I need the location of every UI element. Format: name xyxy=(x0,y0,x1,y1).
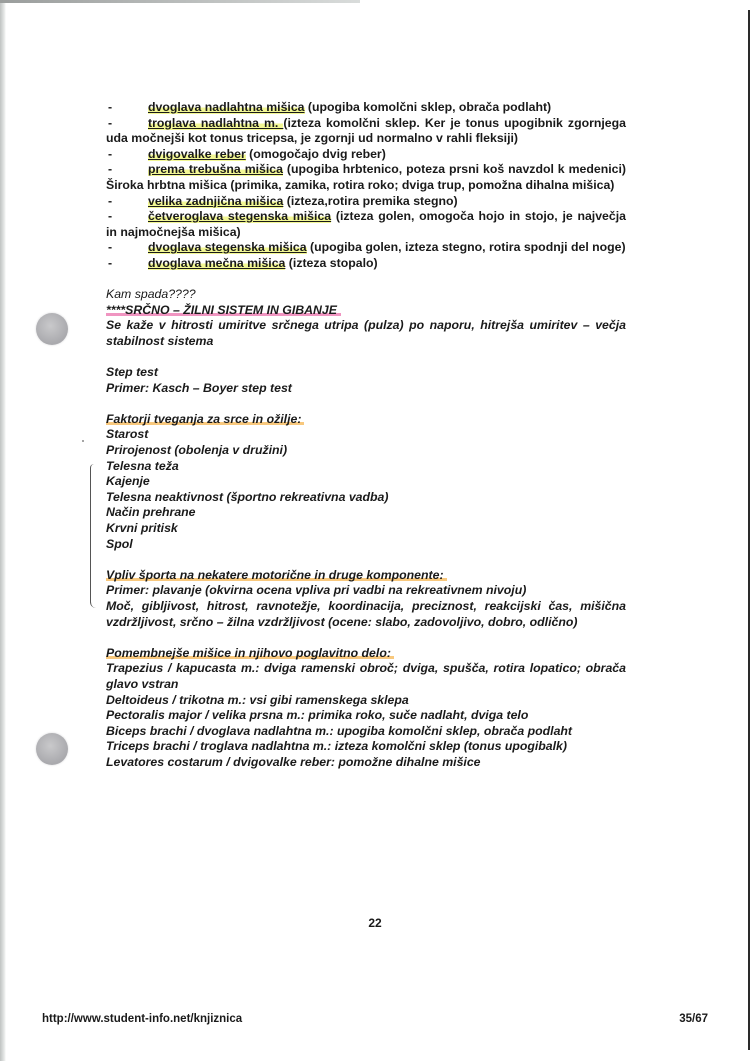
list-item: Starost xyxy=(106,427,626,443)
footer-url-link[interactable]: http://www.student-info.net/knjiznica xyxy=(42,1013,242,1025)
section-heading: Pomembnejše mišice in njihovo poglavitno… xyxy=(106,646,626,662)
bullet-dash: - xyxy=(106,194,148,210)
bullet-dash: - xyxy=(106,100,148,116)
margin-mark xyxy=(82,440,84,442)
handwritten-margin-bracket xyxy=(90,464,97,608)
list-item: -dvoglava mečna mišica (izteza stopalo) xyxy=(106,256,626,272)
muscle-term: velika zadnjična mišica xyxy=(148,194,283,208)
sport-example: Primer: plavanje (okvirna ocena vpliva p… xyxy=(106,583,626,599)
footer-page-counter: 35/67 xyxy=(679,1013,708,1025)
question-text: Kam spada???? xyxy=(106,287,626,303)
section-heading: Faktorji tveganja za srce in ožilje: xyxy=(106,412,626,428)
list-item: Biceps brachi / dvoglava nadlahtna m.: u… xyxy=(106,724,626,740)
muscle-desc: (upogiba komolčni sklep, obrača podlaht) xyxy=(305,100,552,114)
sport-influence-heading: Vpliv športa na nekatere motorične in dr… xyxy=(106,568,447,582)
muscle-term: prema trebušna mišica xyxy=(148,162,283,176)
list-item: Kajenje xyxy=(106,474,626,490)
important-muscles-heading: Pomembnejše mišice in njihovo poglavitno… xyxy=(106,646,394,660)
bullet-dash: - xyxy=(106,116,148,132)
risk-factors-heading: Faktorji tveganja za srce in ožilje: xyxy=(106,412,304,426)
cardio-heading: ****SRČNO – ŽILNI SISTEM IN GIBANJE xyxy=(106,303,341,317)
scan-edge-top xyxy=(0,0,360,3)
muscle-term: dvoglava nadlahtna mišica xyxy=(148,100,305,114)
step-test-example: Primer: Kasch – Boyer step test xyxy=(106,381,626,397)
list-item: -dvigovalke reber (omogočajo dvig reber) xyxy=(106,147,626,163)
muscle-term: dvigovalke reber xyxy=(148,147,246,161)
list-item: Trapezius / kapucasta m.: dviga ramenski… xyxy=(106,661,626,692)
muscle-list: -dvoglava nadlahtna mišica (upogiba komo… xyxy=(106,100,626,272)
sport-components: Moč, gibljivost, hitrost, ravnotežje, ko… xyxy=(106,599,626,630)
muscle-term: dvoglava mečna mišica xyxy=(148,256,285,270)
step-test-section: Step test Primer: Kasch – Boyer step tes… xyxy=(106,365,626,396)
bullet-dash: - xyxy=(106,147,148,163)
list-item: Pectoralis major / velika prsna m.: prim… xyxy=(106,708,626,724)
list-item: Prirojenost (obolenja v družini) xyxy=(106,443,626,459)
risk-factors-section: Faktorji tveganja za srce in ožilje: Sta… xyxy=(106,412,626,552)
list-item: Triceps brachi / troglava nadlahtna m.: … xyxy=(106,739,626,755)
muscle-term: troglava nadlahtna m. xyxy=(148,116,283,130)
list-item: -dvoglava stegenska mišica (upogiba gole… xyxy=(106,240,626,256)
cardio-section: Kam spada???? ****SRČNO – ŽILNI SISTEM I… xyxy=(106,287,626,349)
step-test-heading: Step test xyxy=(106,365,626,381)
punch-hole-bottom xyxy=(36,733,68,765)
page-content: -dvoglava nadlahtna mišica (upogiba komo… xyxy=(106,100,626,771)
important-muscles-section: Pomembnejše mišice in njihovo poglavitno… xyxy=(106,646,626,771)
list-item: Spol xyxy=(106,537,626,553)
punch-hole-top xyxy=(36,313,68,345)
section-heading: ****SRČNO – ŽILNI SISTEM IN GIBANJE xyxy=(106,303,626,319)
muscle-desc: (omogočajo dvig reber) xyxy=(246,147,386,161)
muscle-desc: (upogiba golen, izteza stegno, rotira sp… xyxy=(307,240,626,254)
list-item: -prema trebušna mišica (upogiba hrbtenic… xyxy=(106,162,626,193)
sport-influence-section: Vpliv športa na nekatere motorične in dr… xyxy=(106,568,626,630)
scan-edge-left xyxy=(0,0,6,1061)
list-item: Telesna neaktivnost (športno rekreativna… xyxy=(106,490,626,506)
bullet-dash: - xyxy=(106,209,148,225)
bullet-dash: - xyxy=(106,162,148,178)
muscle-desc: (izteza,rotira premika stegno) xyxy=(283,194,457,208)
list-item: Telesna teža xyxy=(106,459,626,475)
list-item: -troglava nadlahtna m. (izteza komolčni … xyxy=(106,116,626,147)
list-item: Levatores costarum / dvigovalke reber: p… xyxy=(106,755,626,771)
muscle-desc: (izteza stopalo) xyxy=(285,256,377,270)
list-item: Deltoideus / trikotna m.: vsi gibi ramen… xyxy=(106,693,626,709)
bullet-dash: - xyxy=(106,240,148,256)
cardio-text: Se kaže v hitrosti umiritve srčnega utri… xyxy=(106,318,626,349)
list-item: -četveroglava stegenska mišica (izteza g… xyxy=(106,209,626,240)
list-item: Način prehrane xyxy=(106,505,626,521)
bullet-dash: - xyxy=(106,256,148,272)
list-item: -velika zadnjična mišica (izteza,rotira … xyxy=(106,194,626,210)
section-heading: Vpliv športa na nekatere motorične in dr… xyxy=(106,568,626,584)
page-number: 22 xyxy=(0,916,750,930)
muscle-term: četveroglava stegenska mišica xyxy=(148,209,331,223)
list-item: -dvoglava nadlahtna mišica (upogiba komo… xyxy=(106,100,626,116)
list-item: Krvni pritisk xyxy=(106,521,626,537)
muscle-term: dvoglava stegenska mišica xyxy=(148,240,307,254)
